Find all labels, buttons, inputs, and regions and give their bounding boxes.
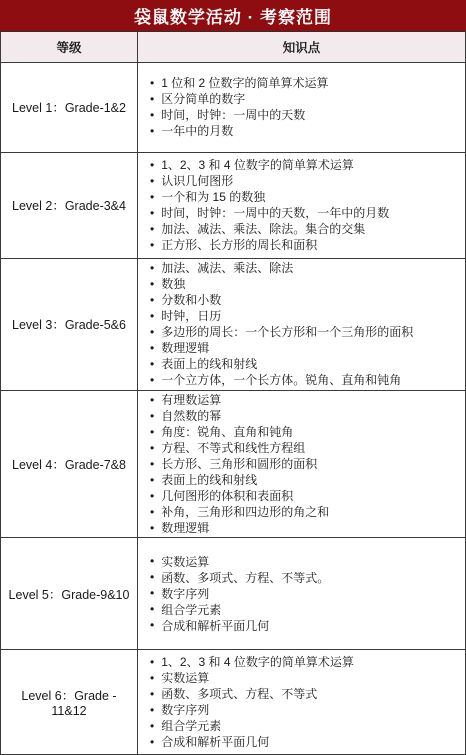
knowledge-item: 1、2、3 和 4 位数字的简单算术运算	[150, 157, 389, 173]
knowledge-item: 长方形、三角形和圆形的面积	[150, 456, 329, 472]
knowledge-item: 数独	[150, 276, 413, 292]
knowledge-item: 加法、减法、乘法、除法	[150, 260, 413, 276]
knowledge-list: 1、2、3 和 4 位数字的简单算术运算实数运算函数、多项式、方程、不等式数字序…	[150, 654, 354, 750]
kangaroo-math-scope-table: 袋鼠数学活动 · 考察范围 等级 知识点 Level 1：Grade-1&2 1…	[0, 0, 466, 755]
knowledge-item: 合成和解析平面几何	[150, 734, 354, 750]
knowledge-item: 数理逻辑	[150, 340, 413, 356]
knowledge-item: 一个和为 15 的数独	[150, 189, 389, 205]
knowledge-item: 表面上的线和射线	[150, 472, 329, 488]
knowledge-item: 加法、减法、乘法、除法。集合的交集	[150, 221, 389, 237]
level-label: Level 1：Grade-1&2	[1, 63, 138, 152]
knowledge-item: 自然数的幂	[150, 408, 329, 424]
knowledge-item: 1、2、3 和 4 位数字的简单算术运算	[150, 654, 354, 670]
level-label: Level 6：Grade - 11&12	[1, 650, 138, 754]
knowledge-list: 1、2、3 和 4 位数字的简单算术运算认识几何图形一个和为 15 的数独时间，…	[150, 157, 389, 253]
knowledge-item: 角度：锐角、直角和钝角	[150, 424, 329, 440]
knowledge-item: 组合学元素	[150, 602, 329, 618]
knowledge-item: 多边形的周长：一个长方形和一个三角形的面积	[150, 324, 413, 340]
knowledge-item: 1 位和 2 位数字的简单算术运算	[150, 75, 329, 91]
table-row-level-2: Level 2：Grade-3&4 1、2、3 和 4 位数字的简单算术运算认识…	[1, 153, 465, 259]
level-label: Level 3：Grade-5&6	[1, 259, 138, 390]
knowledge-item: 实数运算	[150, 554, 329, 570]
knowledge-cell: 1、2、3 和 4 位数字的简单算术运算实数运算函数、多项式、方程、不等式数字序…	[138, 650, 465, 754]
knowledge-list: 1 位和 2 位数字的简单算术运算区分简单的数字时间，时钟：一周中的天数一年中的…	[150, 75, 329, 139]
knowledge-item: 时间，时钟：一周中的天数，一年中的月数	[150, 205, 389, 221]
knowledge-list: 有理数运算自然数的幂角度：锐角、直角和钝角方程、不等式和线性方程组长方形、三角形…	[150, 392, 329, 536]
knowledge-item: 函数、多项式、方程、不等式。	[150, 570, 329, 586]
knowledge-item: 数理逻辑	[150, 520, 329, 536]
knowledge-item: 数字序列	[150, 586, 329, 602]
knowledge-cell: 1、2、3 和 4 位数字的简单算术运算认识几何图形一个和为 15 的数独时间，…	[138, 153, 465, 258]
table-row-level-5: Level 5：Grade-9&10 实数运算函数、多项式、方程、不等式。数字序…	[1, 538, 465, 650]
knowledge-item: 一年中的月数	[150, 123, 329, 139]
knowledge-item: 方程、不等式和线性方程组	[150, 440, 329, 456]
levels-table: 等级 知识点 Level 1：Grade-1&2 1 位和 2 位数字的简单算术…	[0, 31, 466, 755]
knowledge-item: 时钟，日历	[150, 308, 413, 324]
knowledge-item: 正方形、长方形的周长和面积	[150, 237, 389, 253]
knowledge-item: 时间，时钟：一周中的天数	[150, 107, 329, 123]
knowledge-item: 有理数运算	[150, 392, 329, 408]
column-header-knowledge: 知识点	[138, 32, 465, 62]
knowledge-item: 表面上的线和射线	[150, 356, 413, 372]
knowledge-item: 区分简单的数字	[150, 91, 329, 107]
knowledge-cell: 加法、减法、乘法、除法数独分数和小数时钟，日历多边形的周长：一个长方形和一个三角…	[138, 259, 465, 390]
knowledge-cell: 有理数运算自然数的幂角度：锐角、直角和钝角方程、不等式和线性方程组长方形、三角形…	[138, 391, 465, 537]
level-label: Level 4：Grade-7&8	[1, 391, 138, 537]
knowledge-item: 补角，三角形和四边形的角之和	[150, 504, 329, 520]
table-header-row: 等级 知识点	[1, 32, 465, 63]
knowledge-item: 组合学元素	[150, 718, 354, 734]
knowledge-list: 实数运算函数、多项式、方程、不等式。数字序列组合学元素合成和解析平面几何	[150, 554, 329, 634]
level-label: Level 2：Grade-3&4	[1, 153, 138, 258]
knowledge-list: 加法、减法、乘法、除法数独分数和小数时钟，日历多边形的周长：一个长方形和一个三角…	[150, 260, 413, 388]
knowledge-item: 函数、多项式、方程、不等式	[150, 686, 354, 702]
knowledge-item: 认识几何图形	[150, 173, 389, 189]
knowledge-item: 数字序列	[150, 702, 354, 718]
knowledge-item: 合成和解析平面几何	[150, 618, 329, 634]
column-header-level: 等级	[1, 32, 138, 62]
knowledge-item: 分数和小数	[150, 292, 413, 308]
knowledge-item: 实数运算	[150, 670, 354, 686]
knowledge-cell: 1 位和 2 位数字的简单算术运算区分简单的数字时间，时钟：一周中的天数一年中的…	[138, 63, 465, 152]
knowledge-item: 一个立方体，一个长方体。锐角、直角和钝角	[150, 372, 413, 388]
level-label: Level 5：Grade-9&10	[1, 538, 138, 649]
knowledge-item: 几何图形的体积和表面积	[150, 488, 329, 504]
table-row-level-1: Level 1：Grade-1&2 1 位和 2 位数字的简单算术运算区分简单的…	[1, 63, 465, 153]
table-row-level-6: Level 6：Grade - 11&12 1、2、3 和 4 位数字的简单算术…	[1, 650, 465, 754]
page-title: 袋鼠数学活动 · 考察范围	[0, 0, 466, 31]
knowledge-cell: 实数运算函数、多项式、方程、不等式。数字序列组合学元素合成和解析平面几何	[138, 538, 465, 649]
table-row-level-4: Level 4：Grade-7&8 有理数运算自然数的幂角度：锐角、直角和钝角方…	[1, 391, 465, 538]
table-row-level-3: Level 3：Grade-5&6 加法、减法、乘法、除法数独分数和小数时钟，日…	[1, 259, 465, 391]
